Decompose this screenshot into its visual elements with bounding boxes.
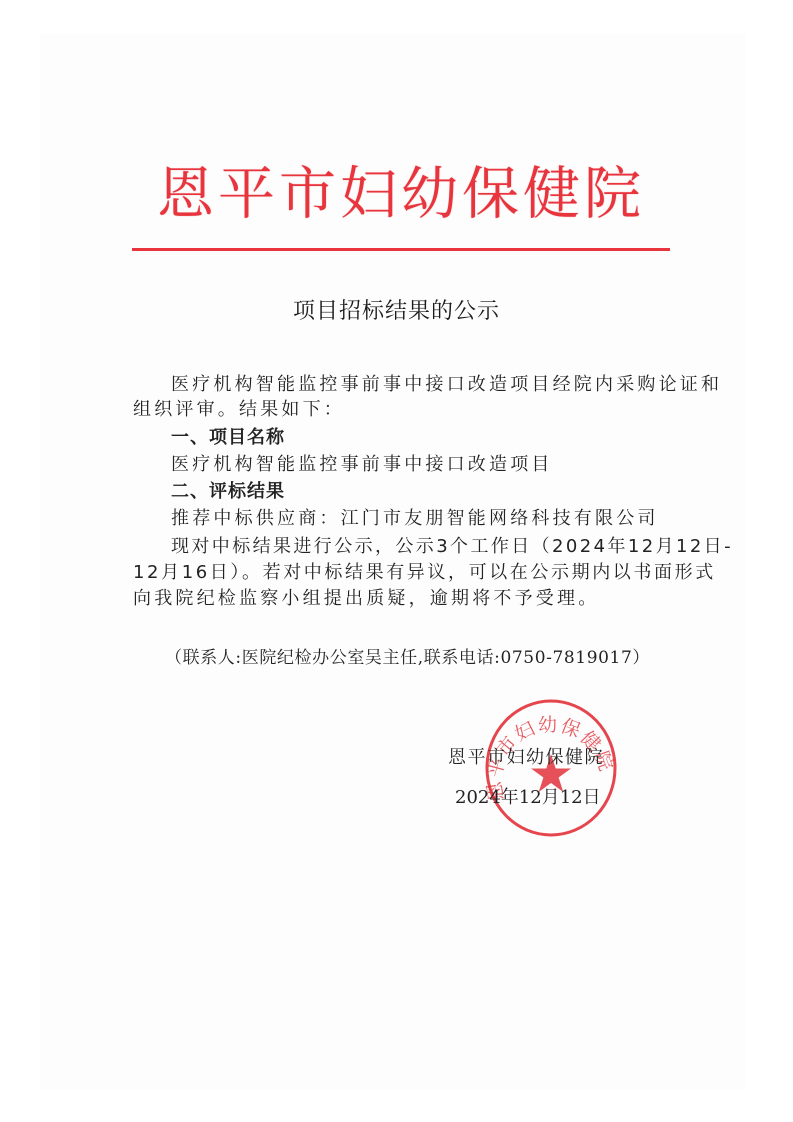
signature-org-name: 恩平市妇幼保健院 — [448, 745, 604, 771]
notice-line-2: 12月16日）。若对中标结果有异议，可以在公示期内以书面形式 — [133, 560, 665, 585]
intro-line-2: 组织评审。结果如下： — [133, 397, 665, 422]
letterhead-divider — [132, 248, 670, 251]
notice-line-3: 向我院纪检监察小组提出质疑，逾期将不予受理。 — [133, 586, 665, 611]
section-heading-evaluation-result: 二、评标结果 — [133, 479, 703, 504]
intro-line-1: 医疗机构智能监控事前事中接口改造项目经院内采购论证和 — [133, 372, 703, 397]
section-content-project-name: 医疗机构智能监控事前事中接口改造项目 — [133, 452, 703, 477]
document-title: 项目招标结果的公示 — [0, 296, 793, 328]
signature-block: 恩平市妇幼保健院 2024年12月12日 — [448, 745, 604, 811]
signature-date: 2024年12月12日 — [448, 785, 604, 811]
section-content-winning-supplier: 推荐中标供应商：江门市友朋智能网络科技有限公司 — [133, 506, 703, 531]
notice-line-1: 现对中标结果进行公示，公示3个工作日（2024年12月12日- — [133, 534, 703, 559]
letterhead-org-name: 恩平市妇幼保健院 — [132, 158, 670, 230]
section-heading-project-name: 一、项目名称 — [133, 425, 703, 450]
contact-info: （联系人:医院纪检办公室吴主任,联系电话:0750-7819017） — [165, 646, 650, 670]
